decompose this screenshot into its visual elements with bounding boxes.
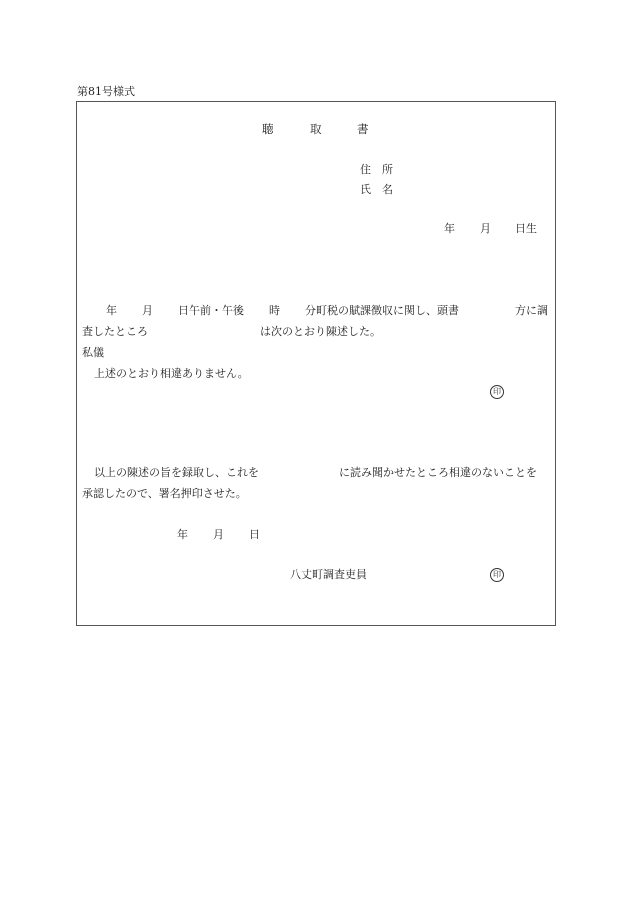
birth-year-label: 年 — [444, 222, 455, 236]
intro-line2-a: 査したところ — [82, 325, 148, 339]
form-number: 第81号様式 — [77, 85, 135, 99]
investigator-seal-icon: 印 — [490, 568, 504, 582]
declarant-seal-icon: 印 — [490, 385, 504, 399]
intro-day-ampm-label: 日午前・午後 — [178, 304, 244, 318]
intro-text: 分町税の賦課徴収に関し、頭書 — [305, 304, 459, 318]
intro-line2-b: は次のとおり陳述した。 — [260, 325, 381, 339]
title-char-2: 取 — [310, 122, 322, 136]
confirmation-line2: 承認したので、署名押印させた。 — [82, 487, 247, 501]
investigator-label: 八丈町調査吏員 — [290, 568, 367, 582]
intro-month-label: 月 — [142, 304, 153, 318]
form-box — [76, 101, 556, 626]
confirmation-line1-b: に読み聞かせたところ相違のないことを — [339, 466, 537, 480]
birth-day-label: 日生 — [515, 222, 537, 236]
record-month-label: 月 — [213, 528, 224, 542]
intro-suffix: 方に調 — [515, 304, 548, 318]
title-char-3: 書 — [357, 122, 369, 136]
address-label: 住 所 — [360, 163, 393, 177]
confirmation-line1-a: 以上の陳述の旨を録取し、これを — [94, 466, 259, 480]
record-year-label: 年 — [177, 528, 188, 542]
declaration-heading: 私儀 — [82, 346, 104, 360]
intro-hour-label: 時 — [269, 304, 280, 318]
declaration-body: 上述のとおり相違ありません。 — [94, 367, 249, 381]
intro-year-label: 年 — [106, 304, 117, 318]
birth-month-label: 月 — [480, 222, 491, 236]
record-day-label: 日 — [249, 528, 260, 542]
name-label: 氏 名 — [360, 183, 393, 197]
title-char-1: 聴 — [262, 122, 274, 136]
